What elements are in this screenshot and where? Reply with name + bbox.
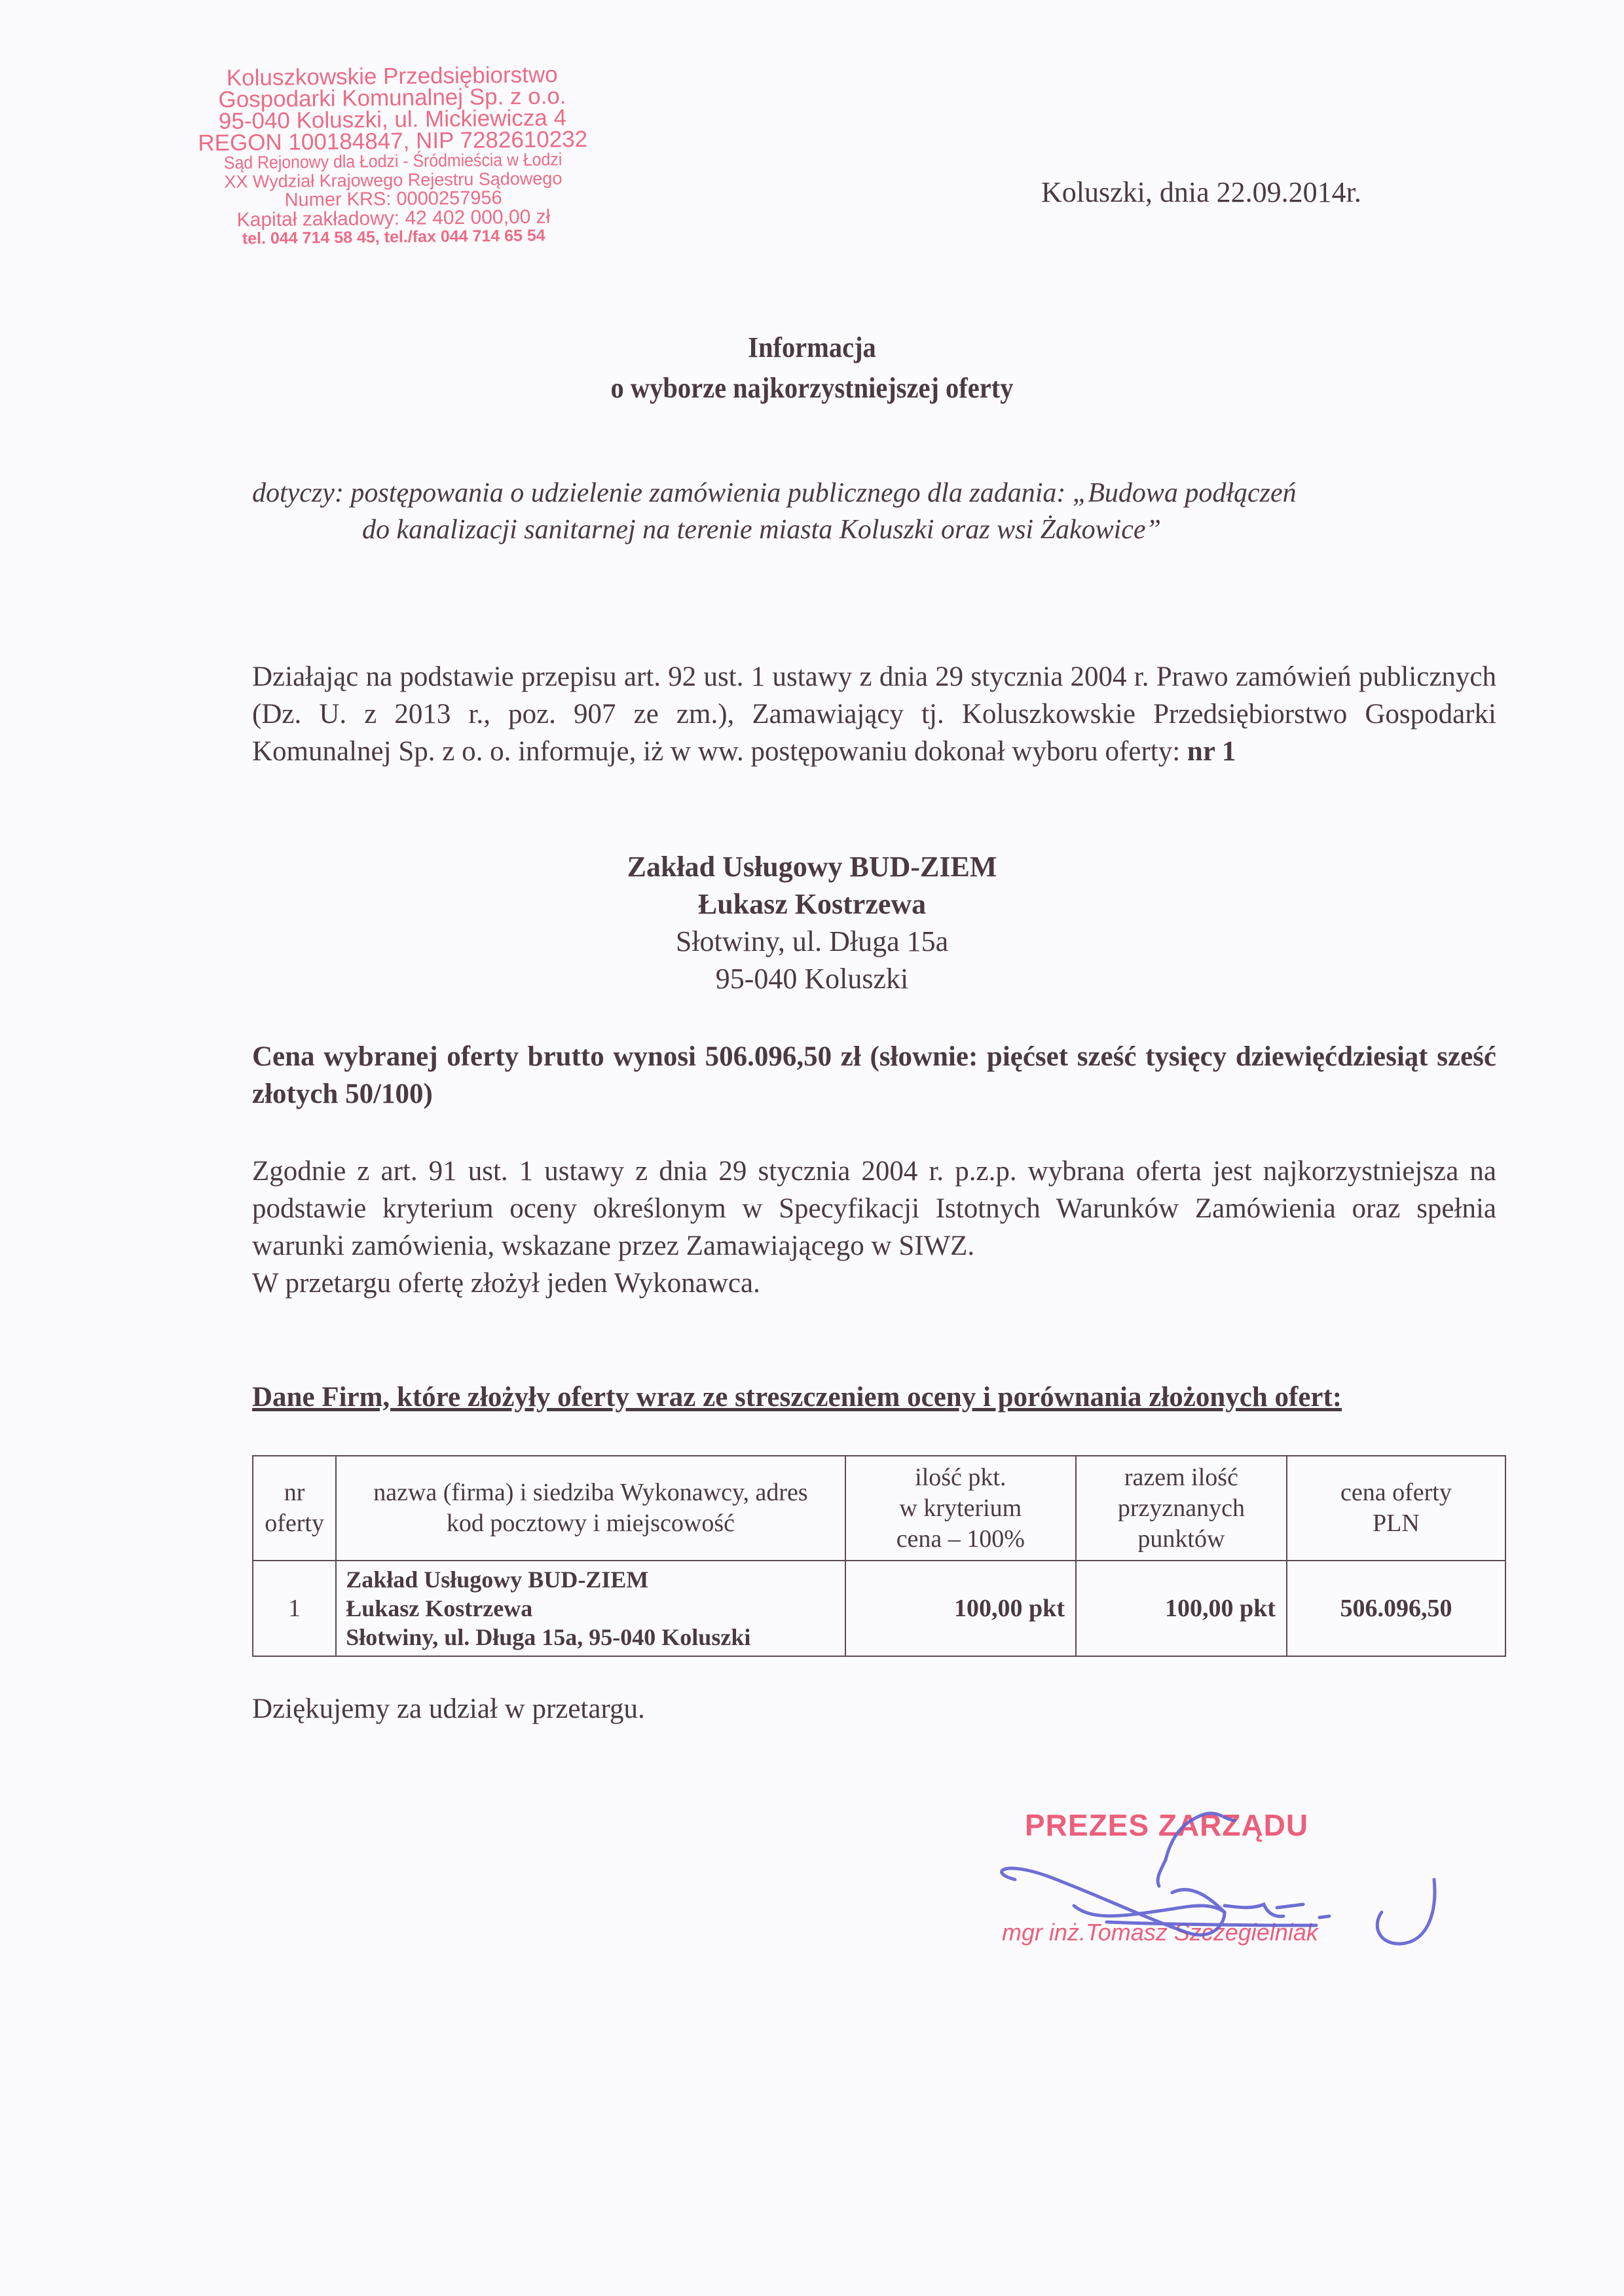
header-text: oferty bbox=[257, 1508, 331, 1539]
stamp-line-phone: tel. 044 714 58 45, tel./fax 044 714 65 … bbox=[158, 225, 629, 250]
header-offer-number: nr oferty bbox=[253, 1456, 336, 1561]
contractor-city: 95-040 Koluszki bbox=[0, 960, 1624, 997]
header-text: ilość pkt. bbox=[850, 1462, 1071, 1493]
title-line-1: Informacja bbox=[65, 327, 1559, 368]
header-text: PLN bbox=[1291, 1508, 1501, 1539]
price-statement: Cena wybranej oferty brutto wynosi 506.0… bbox=[252, 1038, 1496, 1113]
contractor-owner: Łukasz Kostrzewa bbox=[0, 885, 1624, 923]
cell-contractor-owner: Łukasz Kostrzewa bbox=[346, 1594, 840, 1623]
header-text: cena – 100% bbox=[850, 1524, 1071, 1555]
cell-price: 506.096,50 bbox=[1287, 1561, 1505, 1656]
thanks-note: Dziękujemy za udział w przetargu. bbox=[252, 1693, 645, 1725]
selected-offer-number: nr 1 bbox=[1187, 736, 1236, 767]
header-text: nr bbox=[257, 1477, 331, 1508]
justification-text: Zgodnie z art. 91 ust. 1 ustawy z dnia 2… bbox=[252, 1153, 1496, 1265]
contractor-street: Słotwiny, ul. Długa 15a bbox=[0, 923, 1624, 960]
header-text: punktów bbox=[1080, 1524, 1282, 1555]
document-title: Informacja o wyborze najkorzystniejszej … bbox=[65, 327, 1559, 409]
cell-offer-number: 1 bbox=[253, 1561, 336, 1656]
header-price: cena oferty PLN bbox=[1287, 1456, 1505, 1561]
signature-block: PREZES ZARZĄDU mgr inż.Tomasz Szczegieln… bbox=[1022, 1768, 1441, 1965]
header-contractor: nazwa (firma) i siedziba Wykonawcy, adre… bbox=[336, 1456, 845, 1561]
intro-text: Działając na podstawie przepisu art. 92 … bbox=[252, 661, 1496, 767]
regarding-subject: dotyczy: postępowania o udzielenie zamów… bbox=[252, 475, 1509, 548]
table-header-row: nr oferty nazwa (firma) i siedziba Wykon… bbox=[253, 1456, 1505, 1561]
selected-contractor: Zakład Usługowy BUD-ZIEM Łukasz Kostrzew… bbox=[0, 848, 1624, 997]
intro-paragraph: Działając na podstawie przepisu art. 92 … bbox=[252, 658, 1496, 770]
title-line-2: o wyborze najkorzystniejszej oferty bbox=[65, 368, 1559, 409]
cell-contractor-name: Zakład Usługowy BUD-ZIEM bbox=[346, 1565, 840, 1594]
cell-contractor: Zakład Usługowy BUD-ZIEM Łukasz Kostrzew… bbox=[336, 1561, 845, 1656]
cell-total-points: 100,00 pkt bbox=[1076, 1561, 1287, 1656]
document-date: Koluszki, dnia 22.09.2014r. bbox=[1041, 176, 1361, 209]
header-text: razem ilość bbox=[1080, 1462, 1282, 1493]
header-text: cena oferty bbox=[1291, 1477, 1501, 1508]
header-total-points: razem ilość przyznanych punktów bbox=[1076, 1456, 1287, 1561]
table-heading: Dane Firm, które złożyły oferty wraz ze … bbox=[252, 1379, 1506, 1416]
regarding-line-2: do kanalizacji sanitarnej na terenie mia… bbox=[252, 511, 1509, 548]
header-text: przyznanych bbox=[1080, 1493, 1282, 1524]
cell-criterion-points: 100,00 pkt bbox=[845, 1561, 1076, 1656]
handwritten-signature-icon bbox=[976, 1768, 1473, 1965]
header-text: nazwa (firma) i siedziba Wykonawcy, adre… bbox=[341, 1477, 840, 1508]
header-text: kod pocztowy i miejscowość bbox=[341, 1508, 840, 1539]
cell-contractor-address: Słotwiny, ul. Długa 15a, 95-040 Koluszki bbox=[346, 1623, 840, 1652]
contractor-name: Zakład Usługowy BUD-ZIEM bbox=[0, 848, 1624, 885]
regarding-line-1: dotyczy: postępowania o udzielenie zamów… bbox=[252, 475, 1509, 511]
header-text: w kryterium bbox=[850, 1493, 1071, 1524]
table-row: 1 Zakład Usługowy BUD-ZIEM Łukasz Kostrz… bbox=[253, 1561, 1505, 1656]
header-criterion-points: ilość pkt. w kryterium cena – 100% bbox=[845, 1456, 1076, 1561]
offers-table: nr oferty nazwa (firma) i siedziba Wykon… bbox=[252, 1455, 1506, 1657]
offers-count-text: W przetargu ofertę złożył jeden Wykonawc… bbox=[252, 1265, 1496, 1302]
justification-paragraph: Zgodnie z art. 91 ust. 1 ustawy z dnia 2… bbox=[252, 1153, 1496, 1302]
company-letterhead-stamp: Koluszkowskie Przedsiębiorstwo Gospodark… bbox=[157, 63, 630, 250]
